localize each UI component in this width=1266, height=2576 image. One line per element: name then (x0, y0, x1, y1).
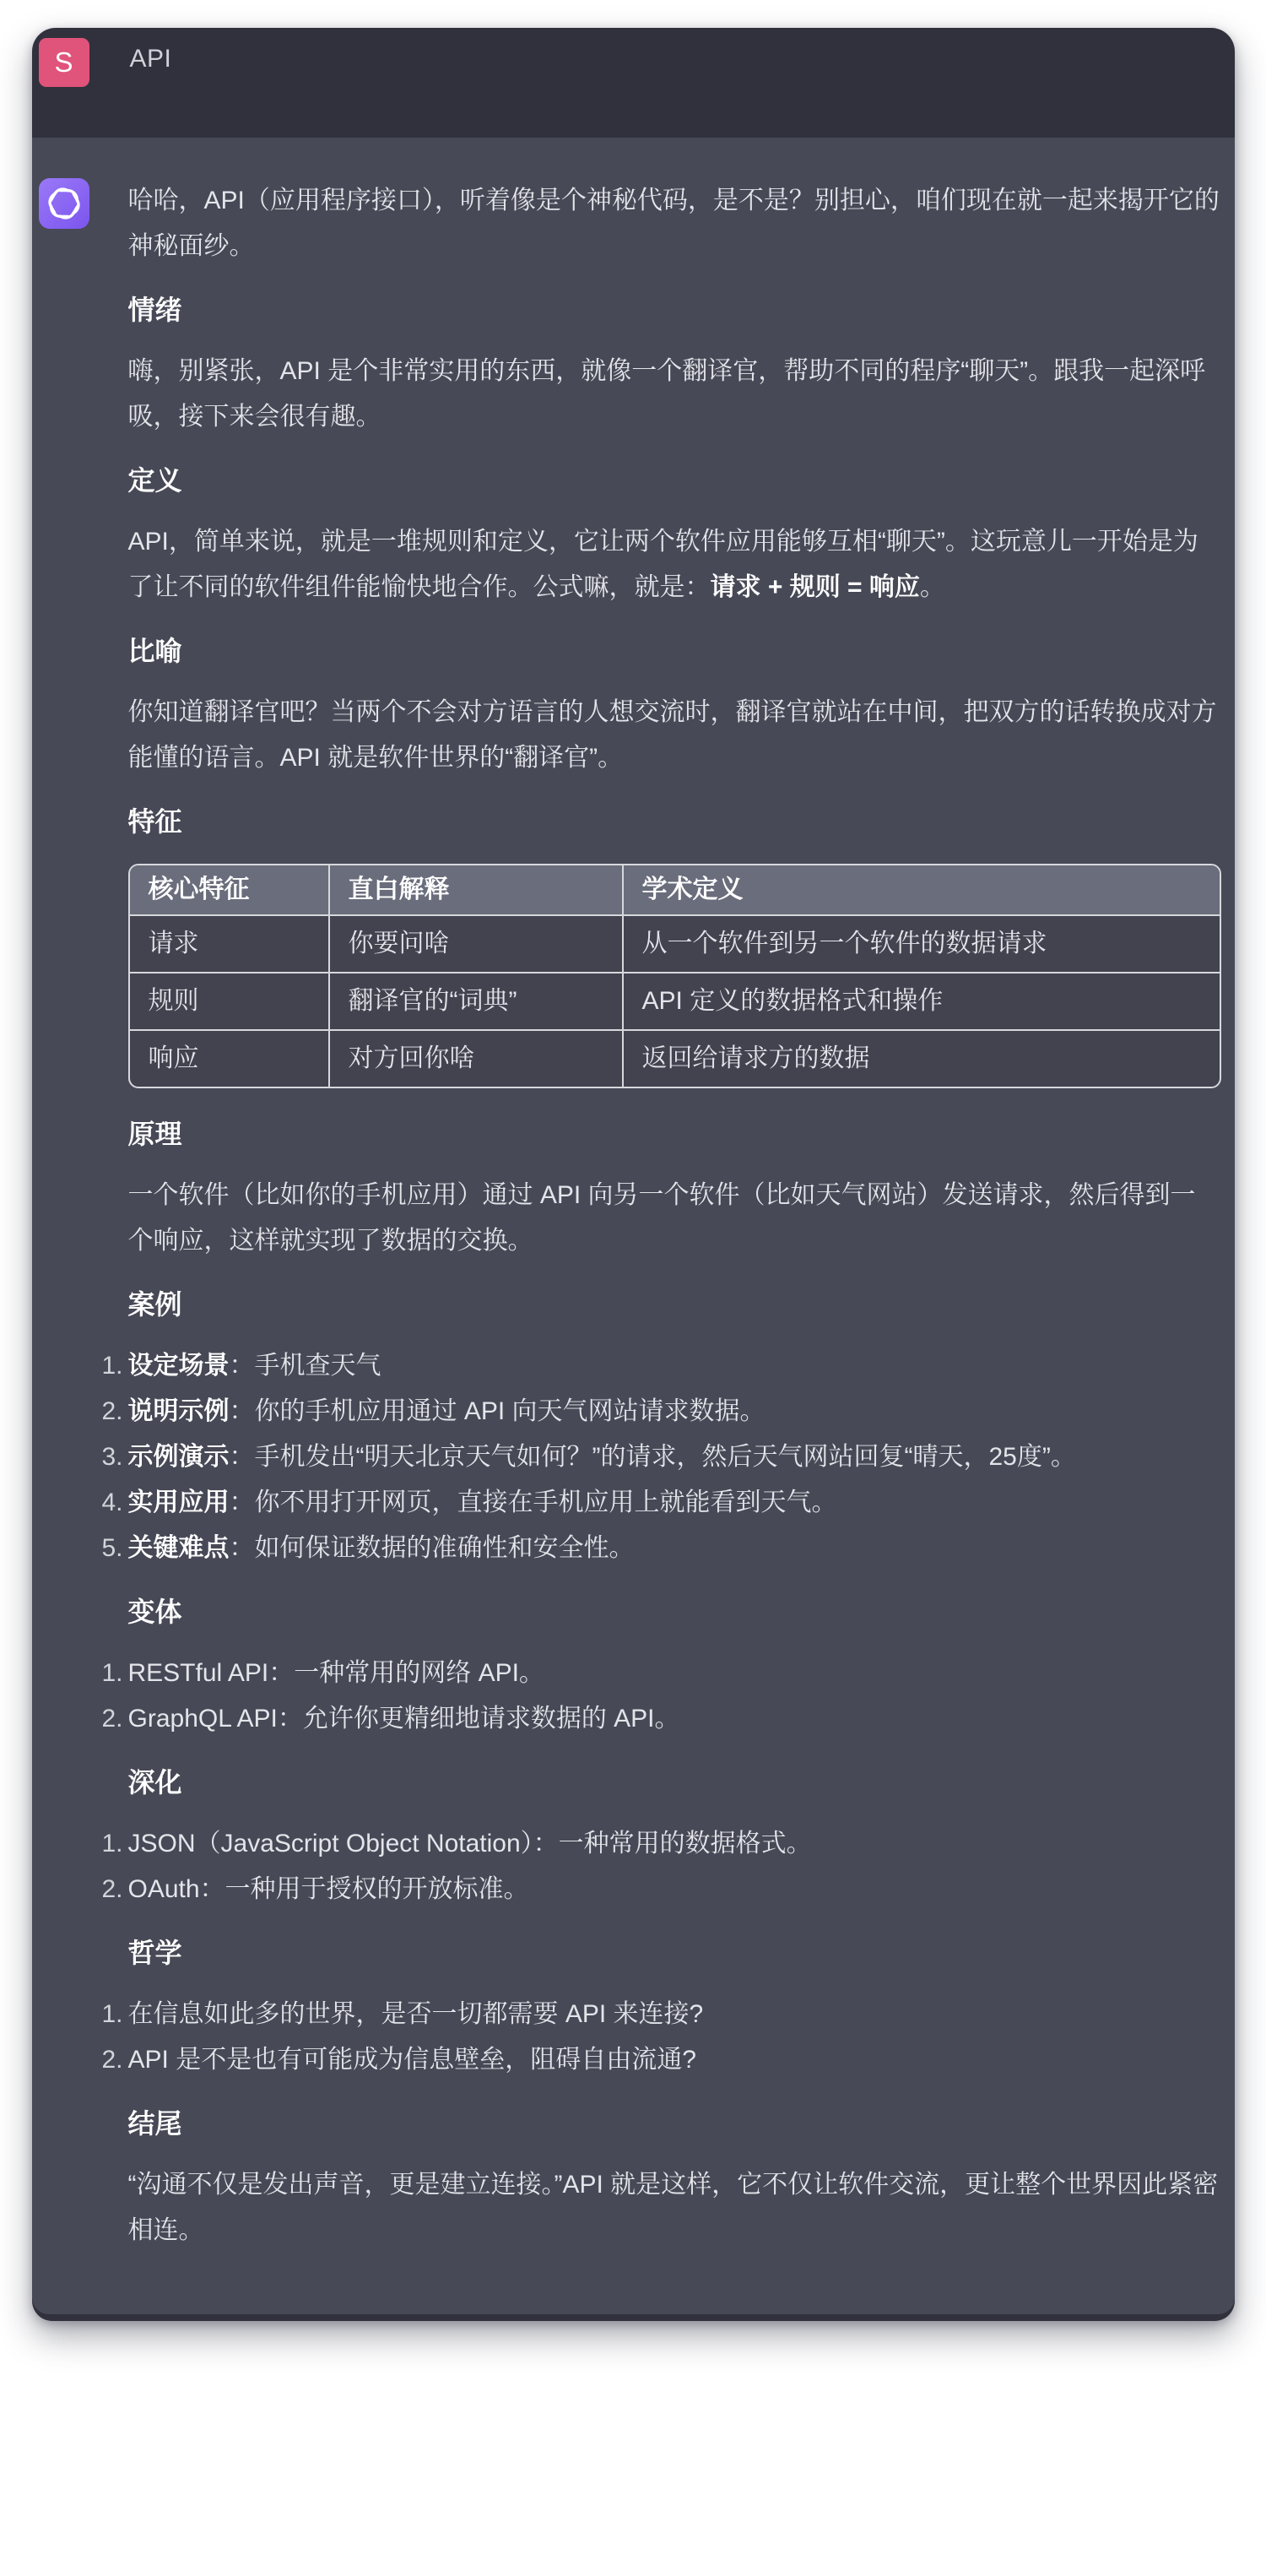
item-text: ：你的手机应用通过 API 向天气网站请求数据。 (230, 1397, 766, 1425)
features-table: 核心特征 直白解释 学术定义 请求 你要问啥 从一个软件到另一个软件的数据请求 … (128, 864, 1221, 1088)
list-item: 2. 说明示例：你的手机应用通过 API 向天气网站请求数据。 (128, 1389, 1221, 1434)
openai-logo-icon (46, 185, 83, 222)
list-item: 4. 实用应用：你不用打开网页，直接在手机应用上就能看到天气。 (128, 1480, 1221, 1526)
item-number: 1. (95, 1992, 128, 2037)
column-header: 核心特征 (130, 865, 328, 914)
table-cell: 请求 (130, 914, 328, 972)
intro-paragraph: 哈哈，API（应用程序接口），听着像是个神秘代码，是不是？别担心，咱们现在就一起… (128, 178, 1221, 269)
item-label: 说明示例 (128, 1397, 230, 1425)
list-item: 2. API 是不是也有可能成为信息壁垒，阻碍自由流通? (128, 2037, 1221, 2083)
table-cell: 规则 (130, 972, 328, 1029)
item-number: 1. (95, 1343, 128, 1389)
table-cell: 响应 (130, 1029, 328, 1087)
cases-list: 1. 设定场景：手机查天气 2. 说明示例：你的手机应用通过 API 向天气网站… (128, 1343, 1221, 1571)
item-text: ：你不用打开网页，直接在手机应用上就能看到天气。 (230, 1489, 837, 1516)
item-label: 关键难点 (128, 1534, 230, 1562)
table-row: 请求 你要问啥 从一个软件到另一个软件的数据请求 (130, 914, 1220, 972)
item-number: 2. (95, 1696, 128, 1742)
item-text: ：如何保证数据的准确性和安全性。 (230, 1534, 635, 1562)
table-cell: 翻译官的“词典” (328, 972, 622, 1029)
app-badge: S (39, 38, 89, 87)
section-metaphor-paragraph: 你知道翻译官吧？当两个不会对方语言的人想交流时，翻译官就站在中间，把双方的话转换… (128, 690, 1221, 781)
item-number: 2. (95, 2037, 128, 2083)
definition-period: 。 (920, 573, 945, 601)
table-cell: 返回给请求方的数据 (622, 1029, 1220, 1087)
item-number: 1. (95, 1651, 128, 1696)
item-number: 2. (95, 1389, 128, 1434)
section-emotion-heading: 情绪 (128, 293, 1221, 327)
list-item: 1. 在信息如此多的世界，是否一切都需要 API 来连接? (128, 1992, 1221, 2037)
window-title: API (130, 45, 172, 73)
table-row: 规则 翻译官的“词典” API 定义的数据格式和操作 (130, 972, 1220, 1029)
table-header-row: 核心特征 直白解释 学术定义 (130, 865, 1220, 914)
section-metaphor-heading: 比喻 (128, 634, 1221, 668)
section-definition-paragraph: API，简单来说，就是一堆规则和定义，它让两个软件应用能够互相“聊天”。这玩意儿… (128, 519, 1221, 610)
definition-formula: 请求 + 规则 = 响应 (711, 573, 920, 601)
section-ending-paragraph: “沟通不仅是发出声音，更是建立连接。”API 就是这样，它不仅让软件交流，更让整… (128, 2162, 1221, 2253)
column-header: 直白解释 (328, 865, 622, 914)
list-item: 2. GraphQL API：允许你更精细地请求数据的 API。 (128, 1696, 1221, 1742)
item-text: ：手机查天气 (230, 1352, 381, 1380)
list-item: 1. JSON（JavaScript Object Notation）：一种常用… (128, 1821, 1221, 1867)
item-text: RESTful API：一种常用的网络 API。 (128, 1651, 1221, 1696)
list-item: 3. 示例演示：手机发出“明天北京天气如何？”的请求，然后天气网站回复“晴天，2… (128, 1434, 1221, 1480)
section-principle-heading: 原理 (128, 1117, 1221, 1151)
list-item: 5. 关键难点：如何保证数据的准确性和安全性。 (128, 1526, 1221, 1571)
item-label: 示例演示 (128, 1443, 230, 1471)
section-variants-heading: 变体 (128, 1595, 1221, 1629)
item-number: 1. (95, 1821, 128, 1867)
section-cases-heading: 案例 (128, 1288, 1221, 1321)
item-number: 3. (95, 1434, 128, 1480)
table-cell: API 定义的数据格式和操作 (622, 972, 1220, 1029)
item-text: JSON（JavaScript Object Notation）：一种常用的数据… (128, 1821, 1221, 1867)
titlebar: S API (32, 28, 1235, 138)
item-label: 设定场景 (128, 1352, 230, 1380)
message-content: 哈哈，API（应用程序接口），听着像是个神秘代码，是不是？别担心，咱们现在就一起… (128, 178, 1221, 2253)
table-row: 响应 对方回你啥 返回给请求方的数据 (130, 1029, 1220, 1087)
list-item: 1. RESTful API：一种常用的网络 API。 (128, 1651, 1221, 1696)
item-text: OAuth：一种用于授权的开放标准。 (128, 1867, 1221, 1912)
table-cell: 你要问啥 (328, 914, 622, 972)
section-philosophy-heading: 哲学 (128, 1936, 1221, 1970)
deepening-list: 1. JSON（JavaScript Object Notation）：一种常用… (128, 1821, 1221, 1912)
column-header: 学术定义 (622, 865, 1220, 914)
table-cell: 从一个软件到另一个软件的数据请求 (622, 914, 1220, 972)
section-emotion-paragraph: 嗨，别紧张，API 是个非常实用的东西，就像一个翻译官，帮助不同的程序“聊天”。… (128, 349, 1221, 440)
item-label: 实用应用 (128, 1489, 230, 1516)
section-features-heading: 特征 (128, 805, 1221, 838)
section-ending-heading: 结尾 (128, 2107, 1221, 2140)
philosophy-list: 1. 在信息如此多的世界，是否一切都需要 API 来连接? 2. API 是不是… (128, 1992, 1221, 2083)
item-text: GraphQL API：允许你更精细地请求数据的 API。 (128, 1696, 1221, 1742)
item-text: API 是不是也有可能成为信息壁垒，阻碍自由流通? (128, 2037, 1221, 2083)
definition-text: API，简单来说，就是一堆规则和定义，它让两个软件应用能够互相“聊天”。这玩意儿… (128, 528, 1198, 601)
page: S API 哈哈，API（应用程序接口），听着像是个神秘代码，是不是 (0, 0, 1266, 2576)
assistant-message: 哈哈，API（应用程序接口），听着像是个神秘代码，是不是？别担心，咱们现在就一起… (32, 138, 1235, 2314)
item-number: 4. (95, 1480, 128, 1526)
section-definition-heading: 定义 (128, 464, 1221, 497)
chat-window: S API 哈哈，API（应用程序接口），听着像是个神秘代码，是不是 (32, 28, 1235, 2321)
item-number: 5. (95, 1526, 128, 1571)
item-number: 2. (95, 1867, 128, 1912)
list-item: 1. 设定场景：手机查天气 (128, 1343, 1221, 1389)
section-deepening-heading: 深化 (128, 1765, 1221, 1799)
item-text: 在信息如此多的世界，是否一切都需要 API 来连接? (128, 1992, 1221, 2037)
table-cell: 对方回你啥 (328, 1029, 622, 1087)
list-item: 2. OAuth：一种用于授权的开放标准。 (128, 1867, 1221, 1912)
variants-list: 1. RESTful API：一种常用的网络 API。 2. GraphQL A… (128, 1651, 1221, 1742)
item-text: ：手机发出“明天北京天气如何？”的请求，然后天气网站回复“晴天，25度”。 (230, 1443, 1076, 1471)
assistant-avatar (39, 178, 89, 229)
section-principle-paragraph: 一个软件（比如你的手机应用）通过 API 向另一个软件（比如天气网站）发送请求，… (128, 1173, 1221, 1264)
